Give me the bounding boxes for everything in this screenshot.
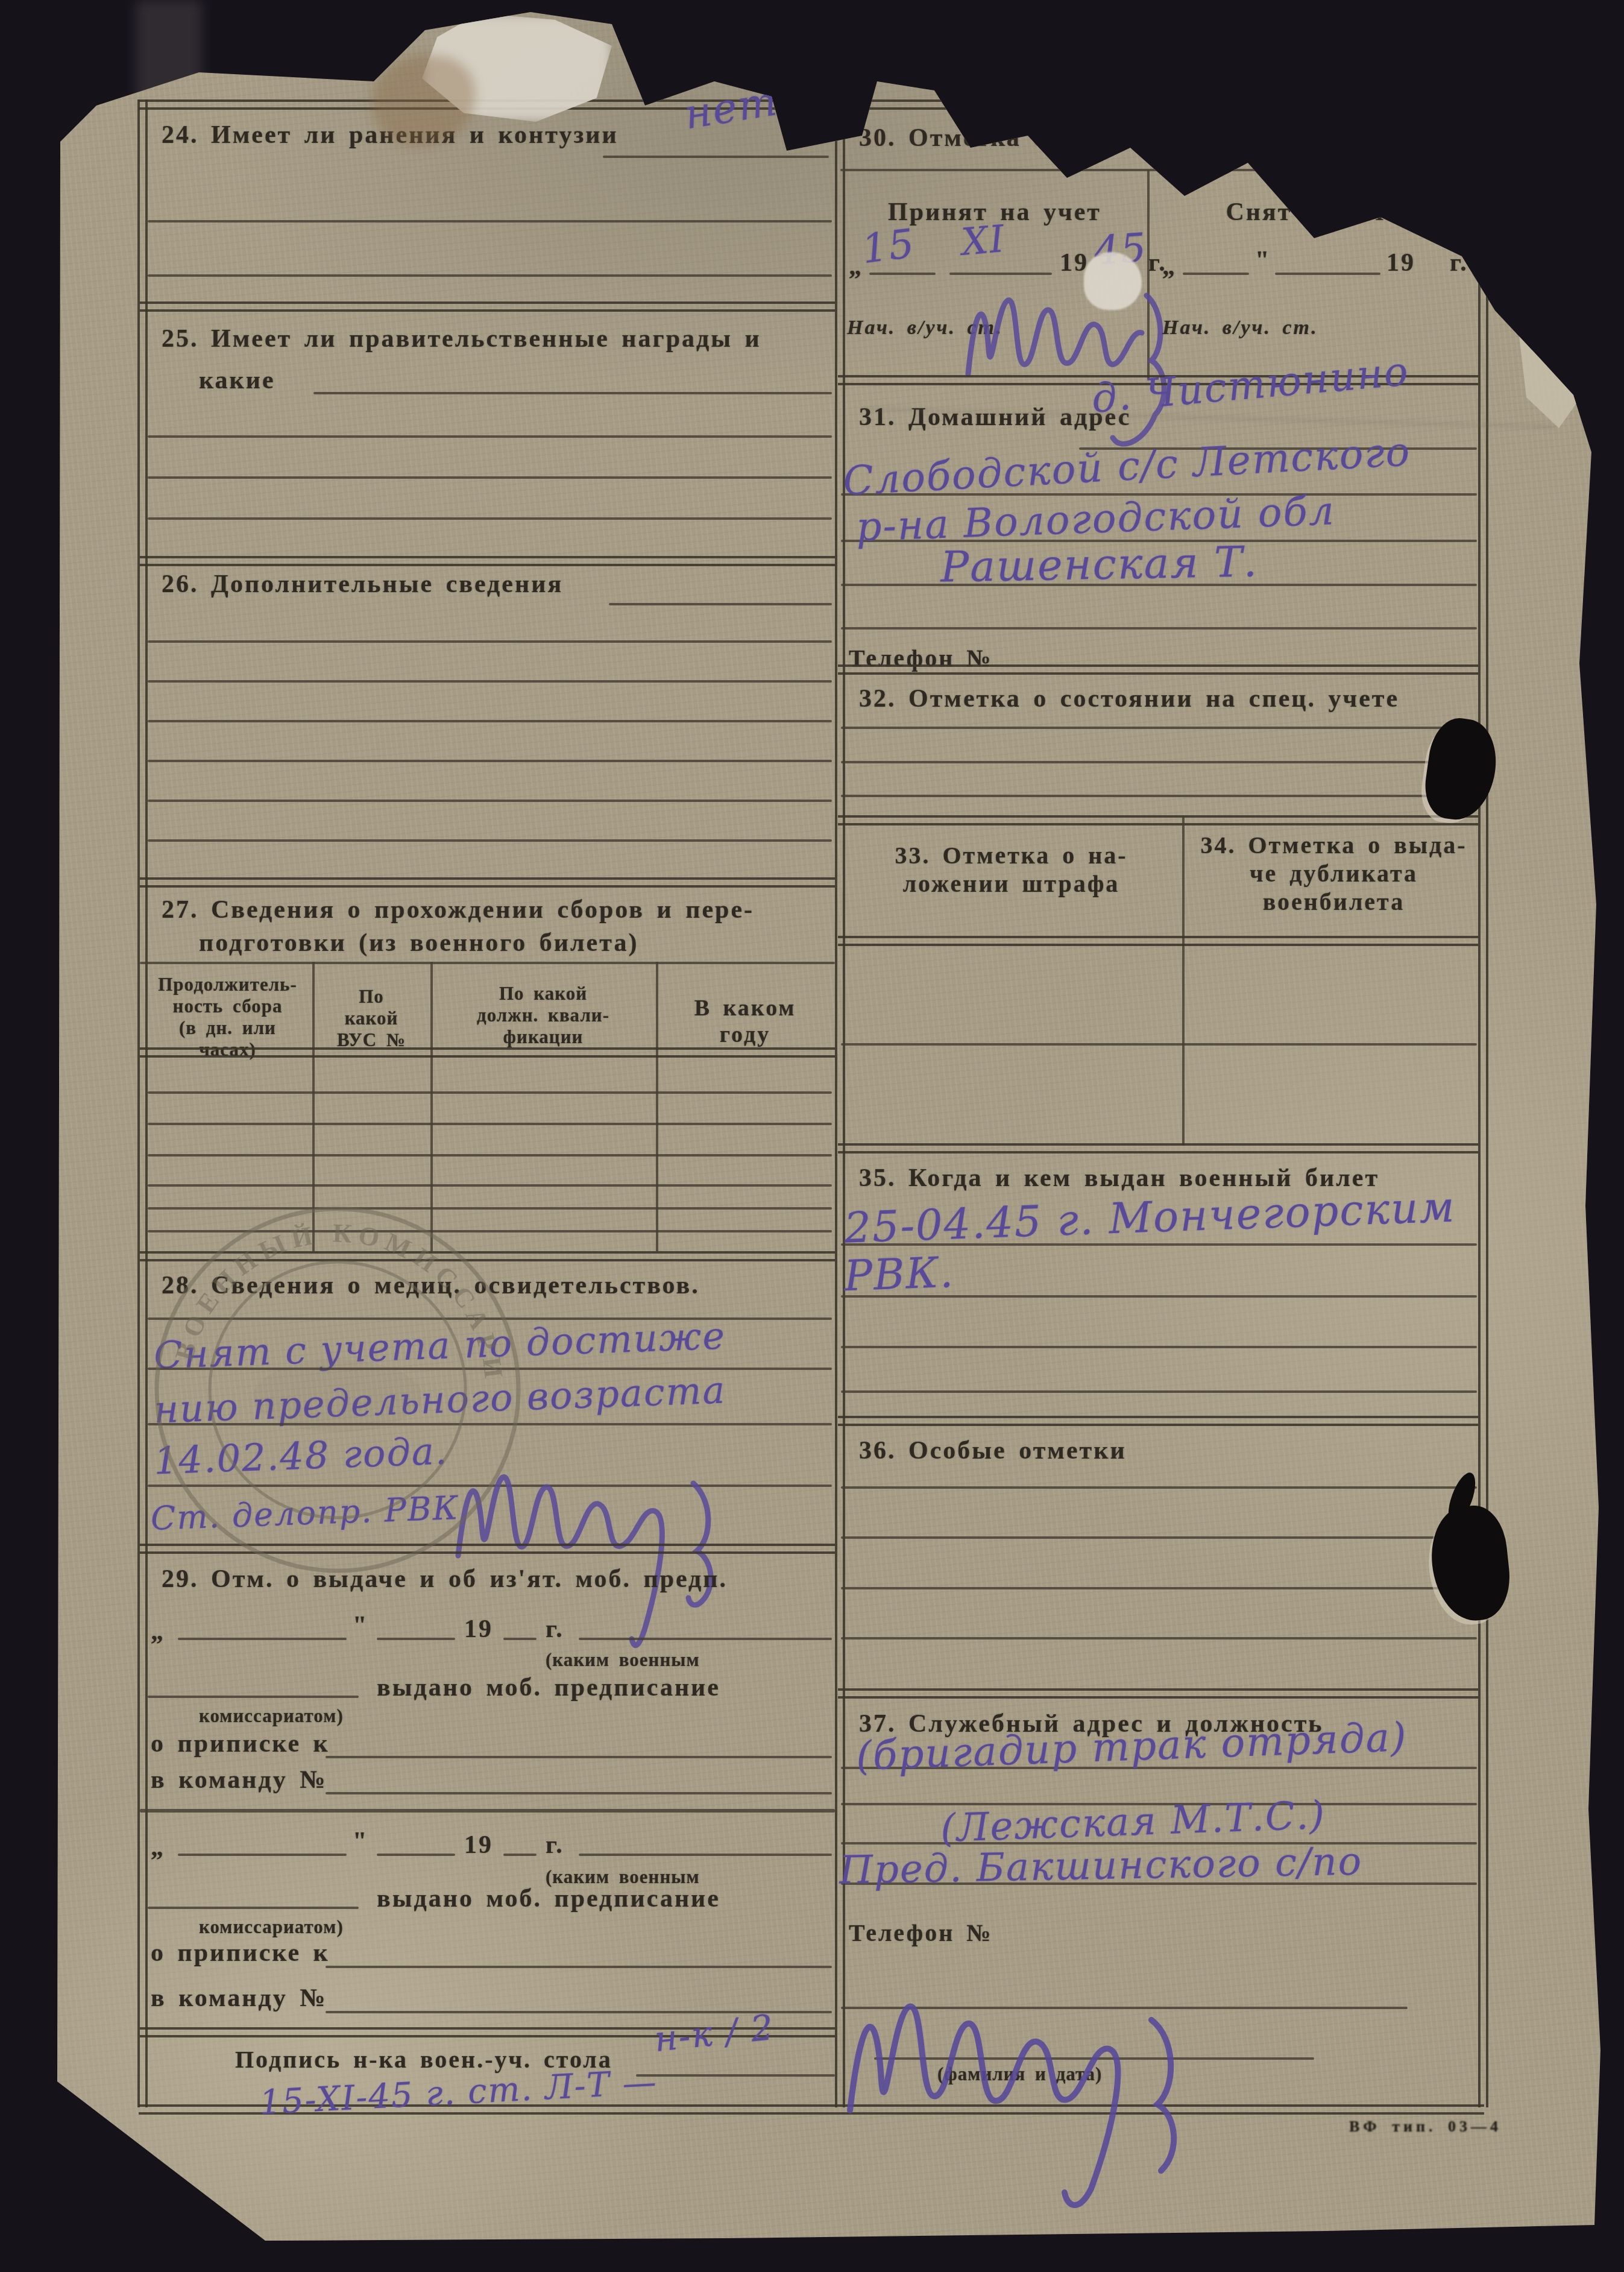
ruled-line xyxy=(841,795,1477,797)
attach-label: о приписке к xyxy=(151,1939,330,1967)
year-19: 19 xyxy=(464,1831,493,1860)
issued-label: выдано моб. предписание xyxy=(377,1673,720,1702)
handwriting-s31-4: Рашенская Т. xyxy=(940,537,1258,592)
team-label: в команду № xyxy=(151,1766,327,1794)
ruled-line xyxy=(148,800,832,802)
ruled-line xyxy=(377,1854,455,1856)
ruled-line xyxy=(148,680,832,683)
ruled-line xyxy=(178,1854,347,1856)
ruled-line xyxy=(148,720,832,722)
ruled-line xyxy=(148,517,832,520)
section-divider xyxy=(838,815,1478,825)
ruled-line xyxy=(326,1756,832,1758)
ruled-line xyxy=(148,435,832,438)
ruled-line xyxy=(148,274,832,277)
document-paper: 24. Имеет ли ранения и контузии нет. 25.… xyxy=(0,0,1624,2272)
ruled-line xyxy=(148,220,832,222)
handwriting-month: XI xyxy=(960,216,1007,264)
ruled-line xyxy=(841,727,1477,729)
ruled-line xyxy=(841,1637,1477,1639)
section-33-label: 33. Отметка о на-ложении штрафа xyxy=(844,841,1179,898)
quote-open: „ xyxy=(1162,252,1177,281)
handwriting-s24: нет. xyxy=(681,75,795,139)
hint-military: (каким военным xyxy=(546,1649,700,1671)
section-27-label-2: подготовки (из военного билета) xyxy=(199,929,638,958)
hint-commissariat: комиссариатом) xyxy=(199,1705,344,1727)
ruled-line xyxy=(148,839,832,842)
year-g: г. xyxy=(546,1615,564,1644)
ruled-line xyxy=(579,1638,832,1640)
ruled-line xyxy=(609,603,832,605)
team-label: в команду № xyxy=(151,1984,327,2013)
ruled-line xyxy=(840,169,1478,171)
handwriting-sig-above: н-к / 2 xyxy=(652,2007,776,2060)
year-19: 19 xyxy=(464,1615,493,1644)
col2-header: Покакой ВУС № xyxy=(313,986,429,1051)
ruled-line xyxy=(148,760,832,762)
frame-left xyxy=(137,99,148,2107)
year-g: г. xyxy=(546,1831,564,1860)
round-stamp: ВОЕННЫЙ КОМИССАРИАТ xyxy=(145,1197,530,1586)
quote-open: „ xyxy=(849,252,863,281)
handwriting-day: 15 xyxy=(860,220,918,273)
ruled-line xyxy=(148,640,832,643)
table-top xyxy=(140,962,835,964)
section-divider xyxy=(838,1688,1478,1699)
hint-commissariat: комиссариатом) xyxy=(199,1916,344,1938)
table-row-line xyxy=(148,1123,832,1125)
ruled-line xyxy=(841,1390,1477,1393)
ruled-line xyxy=(377,1638,455,1640)
glue-spot xyxy=(1084,252,1142,310)
col3-header: По какойдолжн. квали- фикации xyxy=(432,983,655,1048)
ruled-line xyxy=(841,1346,1477,1348)
year-19: 19 xyxy=(1386,248,1415,277)
section-divider xyxy=(140,877,835,888)
quote-close: " xyxy=(1255,246,1271,275)
section-26-label: 26. Дополнительные сведения xyxy=(162,570,563,599)
section-divider xyxy=(140,301,835,312)
ruled-line xyxy=(178,1638,347,1640)
ruled-line xyxy=(841,1486,1477,1489)
block-divider xyxy=(140,1809,835,1813)
col4-header: В какомгоду xyxy=(657,995,833,1048)
table-row-line xyxy=(841,1043,1477,1046)
section-30-label: 30. Отметка о приеме и снятии с учета xyxy=(859,124,1397,153)
attach-label: о приписке к xyxy=(151,1729,330,1758)
handwriting-s35-2: РВК. xyxy=(843,1248,955,1301)
removed-title: Снят с учета xyxy=(1160,198,1468,227)
table-row-line xyxy=(148,1091,832,1094)
quote-close: " xyxy=(353,1827,368,1856)
ruled-line xyxy=(1275,273,1380,275)
phone-label: Телефон № xyxy=(849,1919,993,1947)
paper-hole xyxy=(1426,1503,1514,1624)
section-36-label: 36. Особые отметки xyxy=(859,1436,1127,1465)
section-25-label-1: 25. Имеет ли правительственные награды и xyxy=(162,324,761,353)
officer-label: Нач. в/уч. ст. xyxy=(1162,317,1318,339)
section-divider xyxy=(838,664,1478,675)
ruled-line xyxy=(326,1966,832,1968)
handwriting-s37-3: Пред. Бакшинского с/по xyxy=(839,1839,1362,1893)
section-divider xyxy=(838,1143,1478,1153)
ruled-line xyxy=(841,761,1477,763)
section-divider xyxy=(838,1416,1478,1426)
table-header-bottom xyxy=(140,1047,835,1058)
table-row-line xyxy=(148,1184,832,1187)
section-25-label-2: какие xyxy=(199,366,275,395)
torn-edge-highlight xyxy=(1519,326,1591,428)
section-divider xyxy=(140,556,835,566)
ruled-line xyxy=(841,627,1477,630)
table-row-line xyxy=(148,1154,832,1157)
ruled-line xyxy=(636,2074,835,2077)
year-g: г. xyxy=(1450,248,1468,277)
ruled-line xyxy=(148,1907,359,1909)
frame-top xyxy=(139,99,1484,110)
frame-middle-divider xyxy=(835,99,845,2107)
header-underline xyxy=(838,936,1478,946)
section-32-label: 32. Отметка о состоянии на спец. учете xyxy=(859,684,1399,713)
section-27-label-1: 27. Сведения о прохождении сборов и пере… xyxy=(162,895,754,924)
ruled-line xyxy=(503,1854,537,1856)
ruled-line xyxy=(148,1696,359,1698)
ruled-line xyxy=(841,1587,1477,1589)
signature-ink-bottom xyxy=(814,1954,1308,2213)
ruled-line xyxy=(869,273,936,275)
frame-right xyxy=(1478,99,1488,2107)
ruled-line xyxy=(148,476,832,479)
issued-label: выдано моб. предписание xyxy=(377,1884,720,1913)
quote-open: „ xyxy=(151,1833,165,1862)
printer-mark: ВФ тип. 03—4 xyxy=(1349,2118,1502,2136)
quote-close: " xyxy=(353,1611,368,1640)
s33-s34-divider xyxy=(1182,815,1185,1146)
ruled-line xyxy=(579,1854,832,1856)
ruled-line xyxy=(503,1638,537,1640)
ruled-line xyxy=(313,392,832,394)
ruled-line xyxy=(603,156,829,158)
quote-open: „ xyxy=(151,1617,165,1646)
svg-text:ВОЕННЫЙ КОМИССАРИАТ: ВОЕННЫЙ КОМИССАРИАТ xyxy=(145,1197,509,1386)
section-31-label: 31. Домашний адрес xyxy=(859,403,1131,432)
ruled-line xyxy=(326,1792,832,1794)
paper-hole xyxy=(1421,715,1502,824)
section-34-label: 34. Отметка о выда-че дубликатавоенбилет… xyxy=(1191,831,1477,916)
ruled-line xyxy=(841,1536,1477,1539)
ruled-line xyxy=(1183,273,1249,275)
